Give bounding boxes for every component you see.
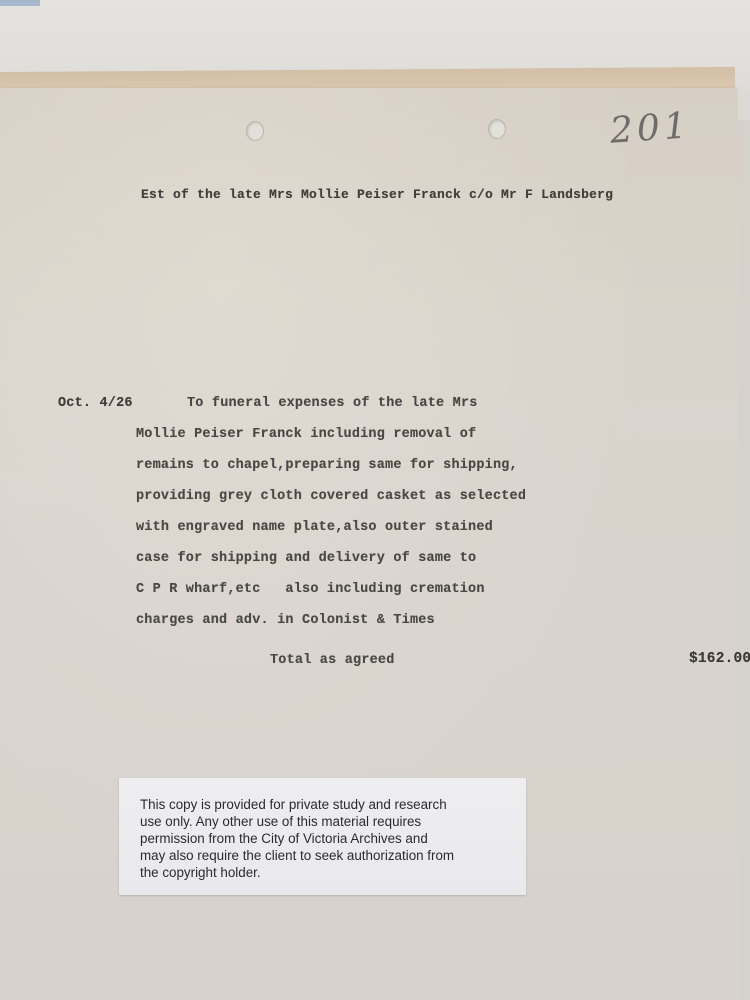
entry-line: with engraved name plate,also outer stai…: [136, 520, 493, 535]
punch-hole-left: [246, 121, 264, 141]
entry-date: Oct. 4/26: [58, 396, 133, 411]
entry-line: To funeral expenses of the late Mrs: [187, 396, 478, 411]
entry-line: Mollie Peiser Franck including removal o…: [136, 427, 476, 442]
total-amount: $162.00: [689, 651, 750, 667]
handwritten-page-number: 201: [609, 105, 692, 152]
notice-line: use only. Any other use of this material…: [140, 813, 506, 830]
copyright-notice-text: This copy is provided for private study …: [140, 796, 506, 881]
entry-line: C P R wharf,etc also including cremation: [136, 582, 485, 597]
entry-line: case for shipping and delivery of same t…: [136, 551, 476, 566]
background-blue-edge: [0, 0, 40, 6]
copyright-notice: This copy is provided for private study …: [119, 778, 526, 895]
entry-line: remains to chapel,preparing same for shi…: [136, 458, 518, 473]
document-heading: Est of the late Mrs Mollie Peiser Franck…: [141, 187, 613, 202]
notice-line: the copyright holder.: [140, 864, 506, 881]
entry-line: charges and adv. in Colonist & Times: [136, 613, 435, 628]
punch-hole-right: [488, 119, 506, 139]
entry-line: providing grey cloth covered casket as s…: [136, 489, 526, 504]
notice-line: This copy is provided for private study …: [140, 796, 506, 813]
total-label: Total as agreed: [270, 653, 395, 668]
right-background-strip: [736, 120, 750, 1000]
notice-line: permission from the City of Victoria Arc…: [140, 830, 506, 847]
notice-line: may also require the client to seek auth…: [140, 847, 506, 864]
